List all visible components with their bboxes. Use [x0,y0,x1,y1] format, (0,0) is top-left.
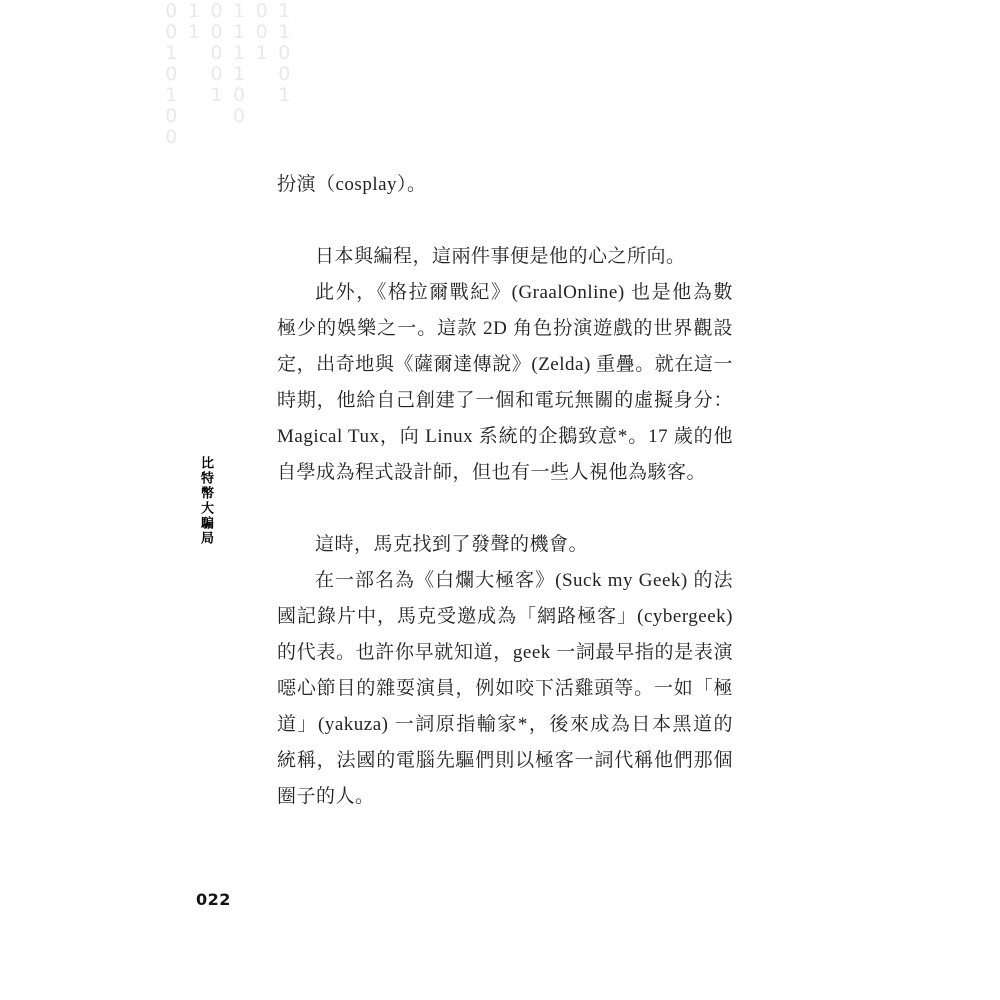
binary-digit: 0 [250,22,273,43]
binary-digit [228,127,251,148]
binary-digit: 0 [160,22,183,43]
binary-digit: 1 [250,43,273,64]
binary-digit: 1 [228,43,251,64]
page-number: 022 [196,890,231,909]
binary-digit: 0 [250,1,273,22]
binary-digit: 0 [273,64,296,85]
binary-row: 0010 [160,64,296,85]
binary-digit [250,127,273,148]
binary-digit: 0 [160,106,183,127]
paragraph: 扮演（cosplay）。 [277,167,733,203]
binary-digit [250,85,273,106]
binary-row: 010101 [160,22,296,43]
binary-digit: 0 [228,85,251,106]
paragraph: 在一部名為《白爛大極客》(Suck my Geek) 的法國記錄片中，馬克受邀成… [277,563,733,815]
binary-digit: 1 [160,85,183,106]
binary-digit: 1 [273,85,296,106]
body-text-column: 扮演（cosplay）。日本與編程，這兩件事便是他的心之所向。此外，《格拉爾戰紀… [277,167,733,815]
book-page: 0101010101011011000101101000 比特幣大騙局 扮演（c… [0,0,1000,1000]
binary-digit: 0 [160,127,183,148]
binary-row: 0 [160,127,296,148]
binary-digit [205,106,228,127]
binary-digit: 1 [183,1,206,22]
binary-row: 00 [160,106,296,127]
binary-digit: 0 [160,1,183,22]
binary-digit [250,106,273,127]
binary-digit: 0 [205,43,228,64]
binary-digit [273,127,296,148]
binary-digit: 0 [205,64,228,85]
binary-digit: 1 [273,1,296,22]
binary-row: 10110 [160,43,296,64]
paragraph: 日本與編程，這兩件事便是他的心之所向。 [277,239,733,275]
binary-digit: 1 [228,1,251,22]
binary-digit [205,127,228,148]
paragraph: 此外，《格拉爾戰紀》(GraalOnline) 也是他為數極少的娛樂之一。這款 … [277,275,733,491]
binary-digit: 1 [228,64,251,85]
binary-digit [183,64,206,85]
binary-digits-decoration: 0101010101011011000101101000 [160,1,296,148]
binary-digit [183,85,206,106]
binary-digit: 0 [160,64,183,85]
paragraph: 這時，馬克找到了發聲的機會。 [277,527,733,563]
binary-digit: 1 [273,22,296,43]
binary-row: 1101 [160,85,296,106]
binary-digit [273,106,296,127]
binary-digit: 1 [160,43,183,64]
binary-digit [183,106,206,127]
binary-digit: 0 [205,1,228,22]
binary-digit: 1 [205,85,228,106]
binary-row: 010101 [160,1,296,22]
binary-digit: 0 [273,43,296,64]
binary-digit [250,64,273,85]
book-spine-title: 比特幣大騙局 [196,456,215,546]
binary-digit: 0 [205,22,228,43]
binary-digit: 1 [183,22,206,43]
binary-digit [183,127,206,148]
binary-digit: 0 [228,106,251,127]
binary-digit [183,43,206,64]
binary-digit: 1 [228,22,251,43]
